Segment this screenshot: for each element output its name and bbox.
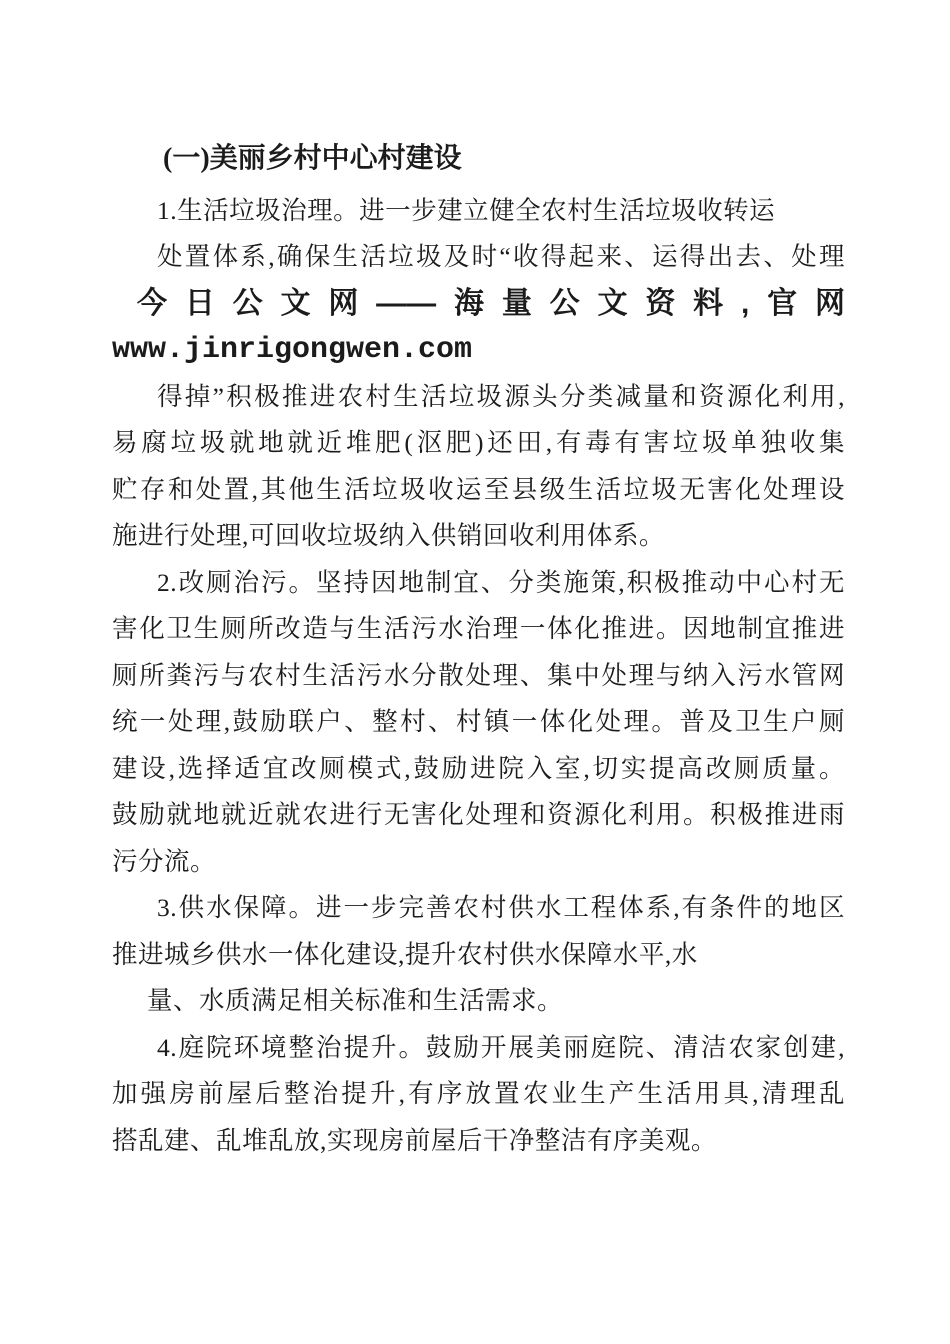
text-line: 加强房前屋后整治提升,有序放置农业生产生活用具,清理乱 [112, 1071, 845, 1118]
document-page: (一)美丽乡村中心村建设 1.生活垃圾治理。进一步建立健全农村生活垃圾收转运处置… [0, 0, 950, 1344]
document-content: (一)美丽乡村中心村建设 1.生活垃圾治理。进一步建立健全农村生活垃圾收转运处置… [112, 136, 845, 1164]
text-line: 贮存和处置,其他生活垃圾收运至县级生活垃圾无害化处理设 [112, 467, 845, 514]
text-line: 施进行处理,可回收垃圾纳入供销回收利用体系。 [112, 513, 845, 560]
text-line: 建设,选择适宜改厕模式,鼓励进院入室,切实提高改厕质量。 [112, 746, 845, 793]
text-line: 量、水质满足相关标准和生活需求。 [112, 978, 845, 1025]
text-line: 4.庭院环境整治提升。鼓励开展美丽庭院、清洁农家创建, [112, 1025, 845, 1072]
watermark-url-line: www.jinrigongwen.com [112, 327, 845, 374]
text-line: 3.供水保障。进一步完善农村供水工程体系,有条件的地区 [112, 885, 845, 932]
section-heading: (一)美丽乡村中心村建设 [112, 136, 845, 183]
text-line: 搭乱建、乱堆乱放,实现房前屋后干净整洁有序美观。 [112, 1118, 845, 1165]
document-body: 1.生活垃圾治理。进一步建立健全农村生活垃圾收转运处置体系,确保生活垃圾及时“收… [112, 188, 845, 1165]
text-line: 鼓励就地就近就农进行无害化处理和资源化利用。积极推进雨 [112, 792, 845, 839]
text-line: 得掉”积极推进农村生活垃圾源头分类减量和资源化利用, [112, 374, 845, 421]
watermark-text-line: 今日公文网——海量公文资料,官网 [112, 281, 845, 328]
text-line: 1.生活垃圾治理。进一步建立健全农村生活垃圾收转运 [112, 188, 845, 235]
text-line: 2.改厕治污。坚持因地制宜、分类施策,积极推动中心村无 [112, 560, 845, 607]
text-line: 统一处理,鼓励联户、整村、村镇一体化处理。普及卫生户厕 [112, 699, 845, 746]
text-line: 推进城乡供水一体化建设,提升农村供水保障水平,水 [112, 932, 845, 979]
text-line: 易腐垃圾就地就近堆肥(沤肥)还田,有毒有害垃圾单独收集 [112, 420, 845, 467]
text-line: 害化卫生厕所改造与生活污水治理一体化推进。因地制宜推进 [112, 606, 845, 653]
text-line: 处置体系,确保生活垃圾及时“收得起来、运得出去、处理 [112, 234, 845, 281]
text-line: 厕所粪污与农村生活污水分散处理、集中处理与纳入污水管网 [112, 653, 845, 700]
text-line: 污分流。 [112, 839, 845, 886]
